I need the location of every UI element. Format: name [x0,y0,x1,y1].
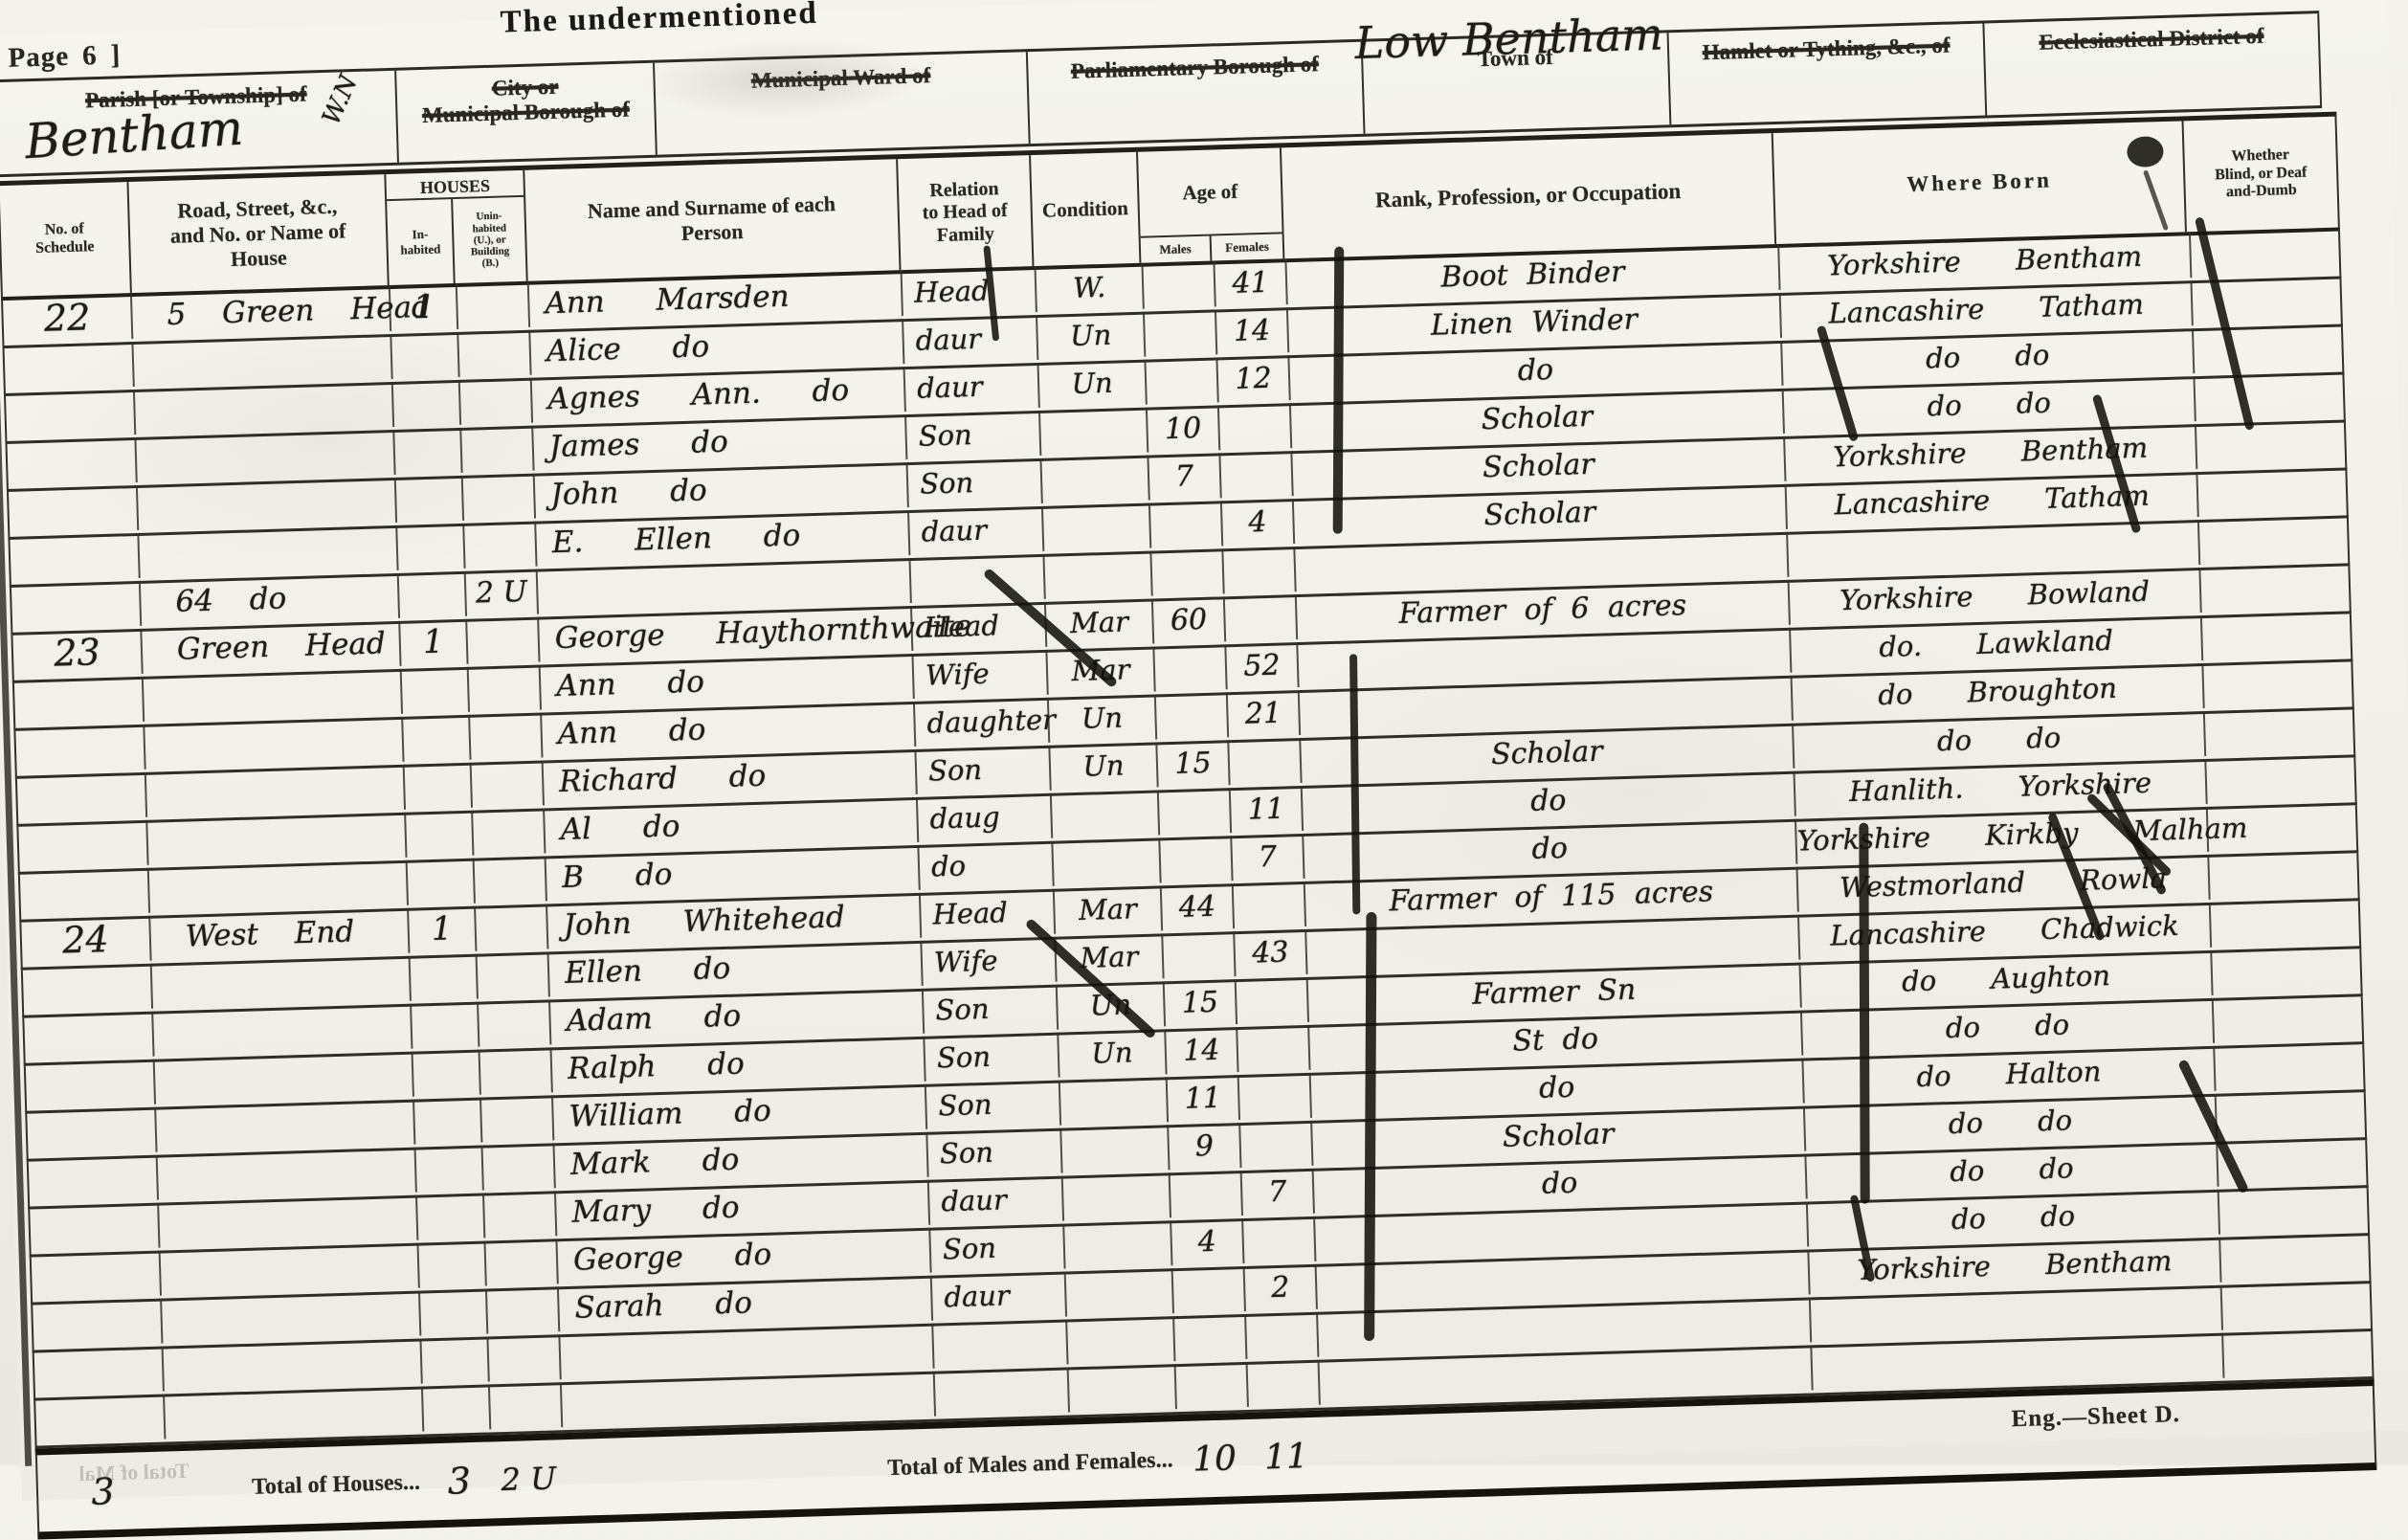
cell-age-female [1223,547,1296,593]
cell-condition: Un [1050,742,1158,790]
cell-condition [1061,1125,1170,1172]
ink-stroke [1859,823,1869,1204]
cell-age-female: 7 [1242,1169,1315,1216]
cell-condition [1052,790,1160,837]
cell-infirmity [2217,1089,2369,1139]
cell-inhabited [408,859,476,905]
cell-inhabited [416,1146,484,1193]
cell-uninhabited [461,426,534,473]
cell-schedule [11,581,142,630]
cell-age-female: 11 [1231,786,1304,833]
page-number: 6 [82,40,98,71]
cell-inhabited [412,1002,479,1049]
cell-age-female: 52 [1226,642,1299,689]
cell-inhabited [414,1098,482,1145]
cell-road [156,1100,415,1152]
hamlet-box: Hamlet or Tything, &c., of [1669,23,1988,124]
cell-age-female [1225,594,1298,641]
cell-condition [1041,456,1149,503]
cell-schedule [18,820,148,869]
cell-inhabited [411,954,479,1001]
cell-relation: Son [924,985,1059,1034]
parliamentary-borough-box: Parliamentary Borough of [1028,42,1366,144]
page-label-text: Page [8,41,70,74]
cell-schedule: 24 [21,916,151,965]
cell-age-male [1159,788,1232,835]
cell-inhabited [397,524,465,570]
cell-age-female [1237,977,1309,1024]
cell-age-male [1146,357,1218,404]
cell-condition: Un [1038,360,1147,408]
cell-uninhabited [458,330,531,377]
cell-inhabited [413,1050,481,1097]
cell-condition [1064,1220,1172,1268]
cell-uninhabited [467,617,540,664]
page-bracket: ] [110,39,122,70]
cell-age-female: 4 [1222,499,1295,546]
cell-condition: Un [1058,981,1166,1029]
cell-age-female [1239,1073,1312,1120]
cell-age-male [1160,836,1233,882]
cell-relation: Son [927,1128,1062,1177]
cell-relation: daur [903,315,1038,364]
cell-relation: daur [929,1176,1064,1225]
cell-uninhabited [464,522,537,569]
cell-age-female [1248,1360,1321,1407]
cell-road: 5 Green Head [132,286,391,339]
col-header-infirmity: Whether Blind, or Deaf and-Dumb [2184,117,2338,233]
cell-schedule [9,485,139,534]
cell-age-female [1220,451,1293,498]
cell-road [144,669,403,722]
cell-relation: Son [930,1224,1065,1273]
cell-age-male: 15 [1165,979,1237,1026]
cell-schedule [10,533,140,582]
cell-infirmity [2202,611,2354,660]
cell-condition: Un [1049,694,1157,742]
cell-age-female [1240,1121,1313,1168]
cell-road: Green Head [142,621,401,674]
ecclesiastical-district-label: Ecclesiastical District of [1985,22,2319,57]
cell-inhabited [423,1384,491,1431]
cell-road [135,382,394,435]
cell-age-male [1171,1171,1243,1217]
hamlet-label: Hamlet or Tything, &c., of [1669,33,1984,67]
cell-schedule [15,725,145,773]
cell-condition [1053,837,1161,885]
cell-age-male [1174,1314,1247,1361]
ink-stroke [1364,912,1376,1341]
cell-schedule [7,437,137,486]
cell-inhabited [405,763,473,810]
town-entry: Low Bentham [1354,8,1664,69]
cell-road: 64 do [141,573,400,626]
municipal-borough-label: City or Municipal Borough of [396,72,654,130]
cell-uninhabited [463,474,536,521]
cell-inhabited [420,1288,488,1335]
cell-relation: daug [918,793,1053,842]
ecclesiastical-district-box: Ecclesiastical District of [1984,13,2322,115]
cell-relation: Son [906,411,1041,459]
cell-schedule: 22 [3,294,133,343]
cell-uninhabited [480,1047,553,1094]
cell-road [152,956,412,1009]
cell-age-male [1143,261,1215,308]
cell-infirmity [2223,1328,2375,1378]
cell-inhabited: 1 [390,284,458,331]
cell-uninhabited [460,378,533,425]
cell-infirmity [2200,563,2352,613]
cell-condition: W. [1037,264,1145,312]
top-clipped-text: The undermentioned [500,0,818,40]
cell-condition [1043,503,1151,551]
cell-uninhabited [473,808,546,855]
cell-uninhabited [478,951,550,998]
cell-age-female: 41 [1215,259,1287,306]
col-header-uninhabited: Unin- habited (U.), or Building (B.) [453,197,526,283]
cell-age-female [1246,1312,1319,1359]
cell-relation: daughter [915,698,1050,747]
cell-age-female [1243,1216,1316,1263]
cell-uninhabited [487,1286,560,1333]
cell-road [136,430,395,482]
cell-relation [933,1320,1068,1369]
cell-schedule [33,1299,163,1348]
cell-road [158,1148,417,1200]
col-header-road: Road, Street, &c., and No. or Name of Ho… [128,174,390,293]
cell-road [145,717,404,770]
cell-relation: Son [916,746,1051,794]
cell-relation: daur [932,1272,1067,1321]
cell-age-male: 7 [1148,453,1221,500]
cell-road [153,1004,412,1057]
cell-road [146,765,406,817]
cell-relation: do [919,841,1054,890]
col-header-schedule: No. of Schedule [0,182,132,297]
cell-schedule [32,1251,162,1300]
municipal-borough-box: City or Municipal Borough of [396,63,658,163]
cell-age-female: 2 [1245,1264,1318,1311]
cell-inhabited [403,715,471,762]
town-box: Town of Low Bentham [1363,33,1672,133]
cell-condition: Un [1037,312,1146,360]
cell-infirmity [2203,658,2355,708]
cell-infirmity [2197,467,2350,517]
cell-schedule [17,772,147,821]
cell-condition [1069,1364,1177,1412]
cell-uninhabited [482,1143,555,1190]
cell-uninhabited [479,999,551,1046]
cell-condition [1067,1316,1175,1364]
cell-relation: Son [907,458,1042,507]
cell-schedule [29,1155,159,1204]
cell-inhabited [418,1241,486,1288]
cell-age-male [1151,548,1224,595]
cell-inhabited: 1 [409,906,477,953]
cell-inhabited [399,571,467,618]
cell-infirmity [2209,850,2361,900]
cell-age-female [1234,882,1306,928]
col-group-houses: HOUSES In- habited Unin- habited (U.), o… [387,170,528,285]
page-label: Page6] [8,39,135,75]
cell-inhabited [394,428,462,475]
cell-age-female: 7 [1232,834,1304,881]
cell-age-male [1150,501,1223,547]
cell-age-female [1237,1025,1310,1072]
cell-condition: Mar [1055,885,1163,933]
cell-relation: Son [926,1081,1061,1129]
cell-uninhabited [470,713,543,760]
cell-schedule [26,1060,156,1108]
ink-stroke [1333,247,1345,534]
cell-relation: Son [925,1033,1059,1082]
cell-inhabited [393,380,461,427]
cell-infirmity [2212,946,2364,995]
cell-age-male: 9 [1169,1123,1241,1170]
col-header-name: Name and Surname of each Person [525,159,902,280]
cell-road [165,1387,424,1440]
cell-inhabited [396,476,464,523]
cell-age-male [1173,1266,1246,1313]
parliamentary-borough-label: Parliamentary Borough of [1028,51,1362,86]
cell-relation: Wife [913,650,1048,699]
cell-road [162,1291,421,1344]
cell-age-female: 21 [1228,690,1301,737]
cell-age-female: 43 [1235,929,1307,976]
col-header-relation: Relation to Head of Family [898,155,1035,270]
cell-uninhabited [472,760,545,807]
census-sheet: The undermentioned Page6] Parish [or Tow… [0,0,2408,1465]
totals-males-females-label: Total of Males and Females... [564,1447,1179,1465]
col-header-where-born: Where Born [1773,121,2187,244]
cell-inhabited: 1 [400,619,468,666]
cell-road [161,1243,420,1296]
cell-age-male [1154,644,1227,691]
cell-schedule [30,1203,160,1252]
totals-males: 10 [1178,1438,1251,1465]
cell-road [155,1052,414,1105]
col-header-females: Females [1212,234,1283,260]
cell-schedule [35,1395,166,1443]
cell-age-female [1219,403,1292,450]
cell-age-male: 60 [1153,596,1226,643]
cell-age-male [1145,309,1217,356]
cell-condition [1044,551,1152,599]
cell-inhabited [417,1194,485,1240]
cell-infirmity [2199,515,2352,565]
col-group-age: Age of Males Females [1138,147,1284,262]
cell-road [149,860,409,913]
col-header-inhabited: In- habited [387,199,456,285]
cell-road [133,334,392,387]
cell-age-female [1229,738,1302,785]
cell-uninhabited [475,856,547,903]
cell-road [139,525,398,578]
cell-inhabited [391,332,459,379]
cell-age-male: 10 [1148,405,1220,452]
sheet-imprint: Eng.—Sheet D. [2011,1401,2180,1433]
cell-schedule [34,1347,165,1395]
cell-infirmity [2214,993,2366,1043]
cell-age-male: 11 [1168,1075,1240,1122]
cell-age-male [1163,931,1236,978]
cell-infirmity [2205,706,2357,756]
cell-road [159,1195,418,1248]
cell-infirmity [2206,754,2358,804]
cell-road: West End [150,908,410,961]
cell-infirmity [2220,1233,2373,1283]
cell-relation [935,1367,1070,1416]
cell-relation: Head [903,267,1037,316]
cell-uninhabited [485,1239,558,1285]
cell-uninhabited: 2 U [466,569,539,616]
cell-uninhabited [488,1334,561,1381]
cell-condition [1060,1077,1169,1125]
cell-road [138,478,397,530]
cell-condition [1066,1268,1174,1316]
cell-age-female: 12 [1217,355,1290,402]
col-header-houses: HOUSES [387,170,524,201]
census-table: No. of Schedule Road, Street, &c., and N… [0,112,2376,1465]
cell-infirmity [2211,898,2363,948]
cell-uninhabited [484,1191,557,1238]
cell-inhabited [406,811,474,858]
cell-relation [910,554,1045,603]
cell-schedule [27,1107,157,1156]
cell-condition [1063,1172,1171,1220]
cell-uninhabited [490,1382,563,1429]
census-body: 22 5 Green Head 1 Ann Marsden Head W. 41… [1,232,2375,1449]
cell-uninhabited [481,1095,554,1142]
cell-infirmity [2194,324,2346,373]
col-header-occupation: Rank, Profession, or Occupation [1282,133,1776,258]
cell-inhabited [402,667,470,714]
cell-relation: daur [905,363,1040,412]
cell-schedule [14,677,145,725]
cell-schedule [20,868,150,917]
totals-females: 11 [1250,1436,1323,1465]
cell-uninhabited [469,665,542,712]
cell-road [147,813,407,865]
cell-road [164,1339,423,1392]
parish-box: Parish [or Township] of Bentham W.N [0,71,399,174]
cell-schedule [24,1012,154,1060]
cell-relation: daur [909,506,1044,555]
cell-infirmity [2196,419,2349,469]
col-header-condition: Condition [1031,152,1141,266]
cell-schedule [6,390,136,438]
cell-infirmity [2222,1281,2375,1330]
cell-age-male: 15 [1157,740,1230,787]
cell-infirmity [2215,1041,2367,1091]
totals-uninhabited: 2 U [492,1460,565,1465]
cell-age-male [1156,692,1229,739]
cell-age-female: 14 [1216,307,1289,354]
cell-age-male: 14 [1166,1027,1238,1074]
cell-schedule [23,964,153,1013]
cell-inhabited [421,1336,489,1383]
cell-infirmity [2195,371,2347,421]
totals-inhabited: 3 [425,1459,493,1465]
col-header-males: Males [1141,236,1213,263]
cell-condition [1040,408,1148,456]
cell-schedule: 23 [12,629,143,678]
cell-schedule [4,342,134,391]
cell-uninhabited [476,904,548,950]
cell-uninhabited [457,282,530,329]
col-header-age: Age of [1138,147,1282,235]
cell-relation: Wife [922,937,1057,986]
cell-age-male: 4 [1171,1218,1244,1265]
cell-infirmity [2208,802,2360,852]
cell-age-male [1176,1362,1249,1409]
cell-age-male: 44 [1162,883,1235,930]
